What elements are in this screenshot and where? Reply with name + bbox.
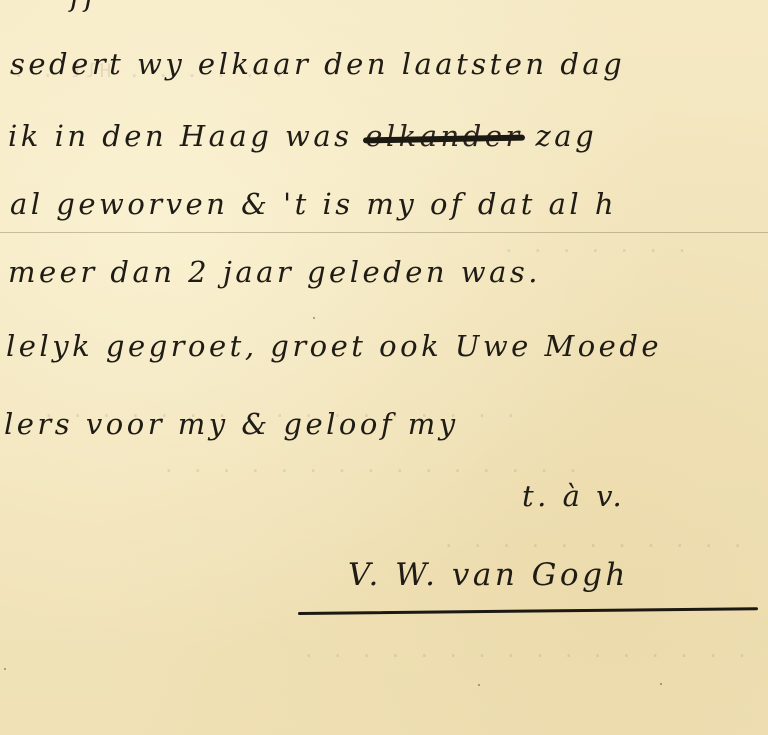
signature: V. W. van Gogh bbox=[348, 560, 629, 591]
bleed-through-text: . . . . . . . . . . . . . . . bbox=[160, 455, 579, 477]
letter-line-2-trailing: zag bbox=[536, 119, 598, 153]
letter-line-fragment: ff bbox=[70, 0, 98, 11]
paper-speck bbox=[660, 683, 662, 685]
faint-rule bbox=[0, 232, 768, 233]
signature-underline bbox=[298, 607, 758, 615]
paper-speck bbox=[313, 317, 315, 319]
bleed-through-text: . . . . . . . . . . . bbox=[440, 530, 743, 552]
bleed-through-text: . . . . . . . . . . . . . . . . . . bbox=[300, 640, 768, 662]
paper-speck bbox=[4, 668, 6, 670]
letter-line-4: meer dan 2 jaar geleden was. bbox=[8, 258, 541, 287]
letter-page: . . . . . . Hlt . . . . . . . . . . . . … bbox=[0, 0, 768, 735]
struck-through-word: elkander bbox=[365, 122, 523, 151]
letter-line-6: lers voor my & geloof my bbox=[4, 410, 459, 439]
bleed-through-text: . . . . . . . bbox=[500, 235, 688, 257]
paper-speck bbox=[478, 684, 480, 686]
closing-abbreviation: t. à v. bbox=[522, 482, 625, 511]
letter-line-2: ik in den Haag was elkander zag bbox=[8, 122, 597, 151]
letter-line-3: al geworven & 't is my of dat al h bbox=[10, 190, 617, 219]
letter-line-5: lelyk gegroet, groet ook Uwe Moede bbox=[6, 332, 662, 361]
letter-line-1: sedert wy elkaar den laatsten dag bbox=[10, 50, 625, 79]
letter-line-2-text: ik in den Haag was bbox=[8, 119, 353, 153]
